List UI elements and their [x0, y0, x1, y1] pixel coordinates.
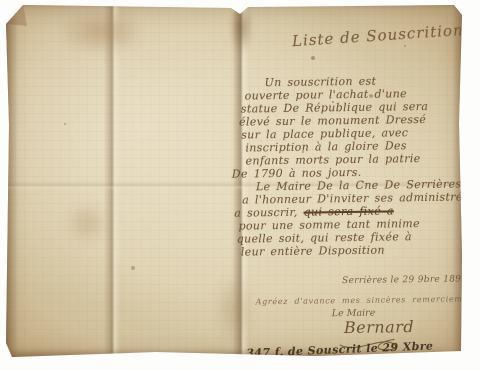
body-text: Un souscrition est ouverte pour l'achat … [230, 73, 465, 258]
darkened-left-edge [6, 5, 18, 357]
document-title: Liste de Souscrition [291, 21, 464, 50]
struck-through-text: qui sera fixé a [303, 204, 393, 218]
closing-courtesy-line: Agréez d'avance mes sincères remerciemen… [256, 294, 468, 306]
manuscript-line: leur entière Disposition [241, 242, 465, 258]
signature: Bernard [344, 317, 414, 337]
manuscript-paper: Liste de Souscrition Un souscrition est … [6, 5, 462, 357]
ink-specks [6, 5, 8, 7]
manuscript-text: a souscrir, [234, 206, 298, 220]
scanned-document-photo: Liste de Souscrition Un souscrition est … [0, 0, 480, 370]
handwritten-page: Liste de Souscrition Un souscrition est … [230, 17, 471, 358]
place-and-date-line: Serrières le 29 9bre 1899 [342, 274, 467, 286]
subscription-total-note: 347 f. de Souscrit le 29 Xbre [246, 339, 434, 359]
